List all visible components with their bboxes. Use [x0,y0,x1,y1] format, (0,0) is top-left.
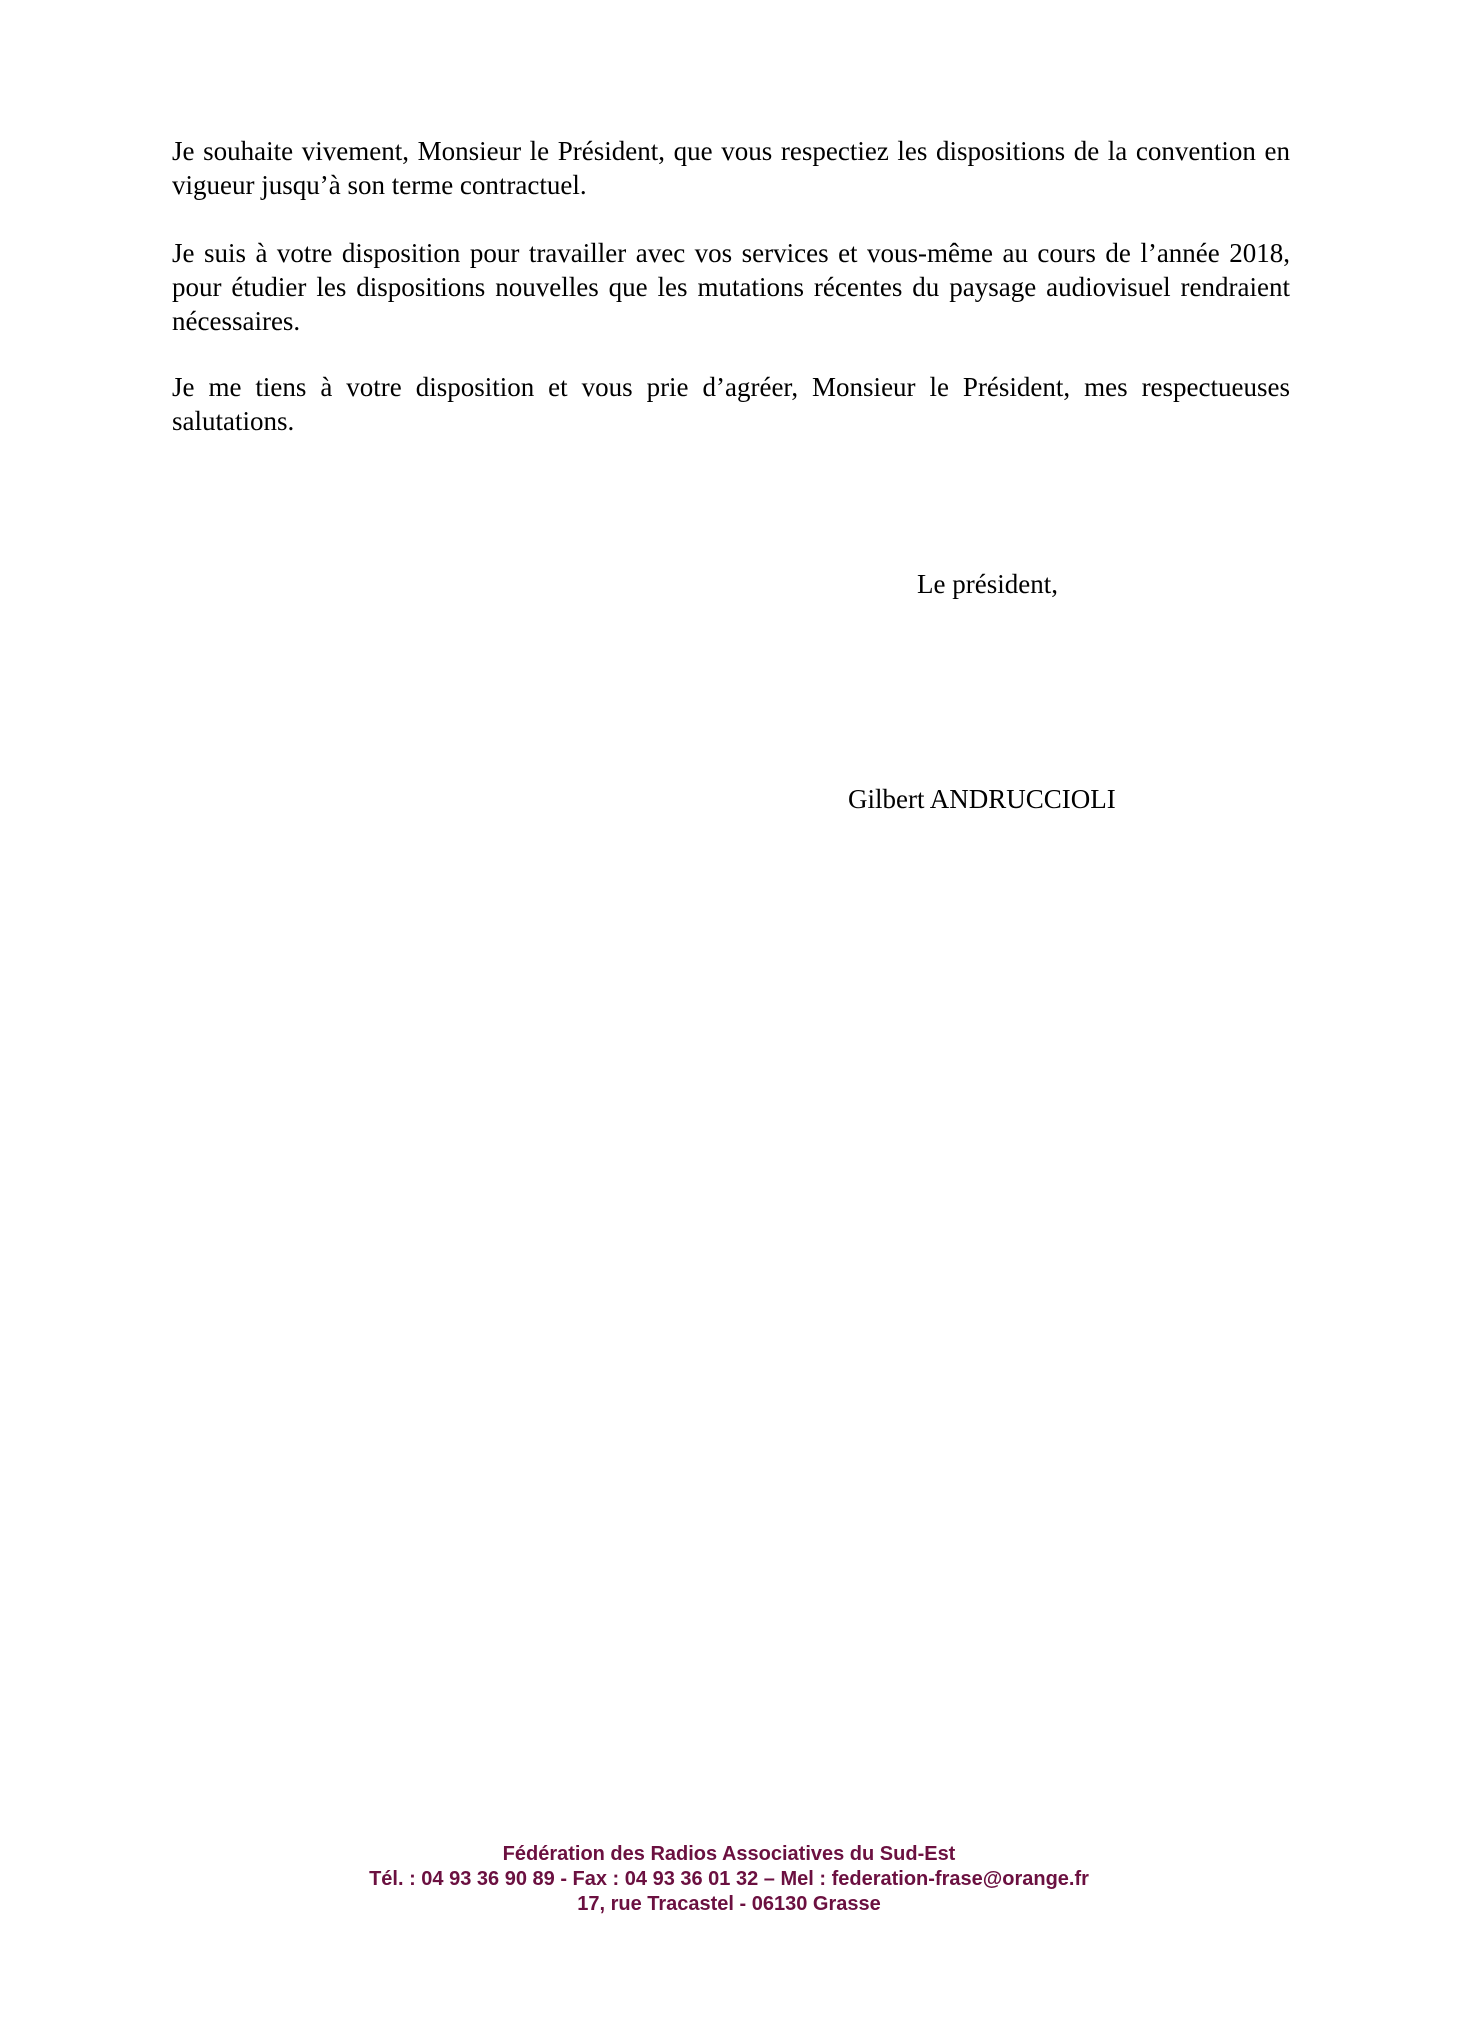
letterhead-footer: Fédération des Radios Associatives du Su… [0,1842,1458,1917]
paragraph-availability-2018: Je suis à votre disposition pour travail… [172,236,1290,338]
signatory-name: Gilbert ANDRUCCIOLI [848,782,1116,816]
paragraph-salutations: Je me tiens à votre disposition et vous … [172,370,1290,438]
footer-address: 17, rue Tracastel - 06130 Grasse [0,1892,1458,1917]
footer-organization: Fédération des Radios Associatives du Su… [0,1842,1458,1867]
closing-title: Le président, [917,567,1058,601]
paragraph-respect-convention: Je souhaite vivement, Monsieur le Présid… [172,134,1290,202]
footer-contact: Tél. : 04 93 36 90 89 - Fax : 04 93 36 0… [0,1867,1458,1892]
letter-page: Je souhaite vivement, Monsieur le Présid… [0,0,1458,2032]
